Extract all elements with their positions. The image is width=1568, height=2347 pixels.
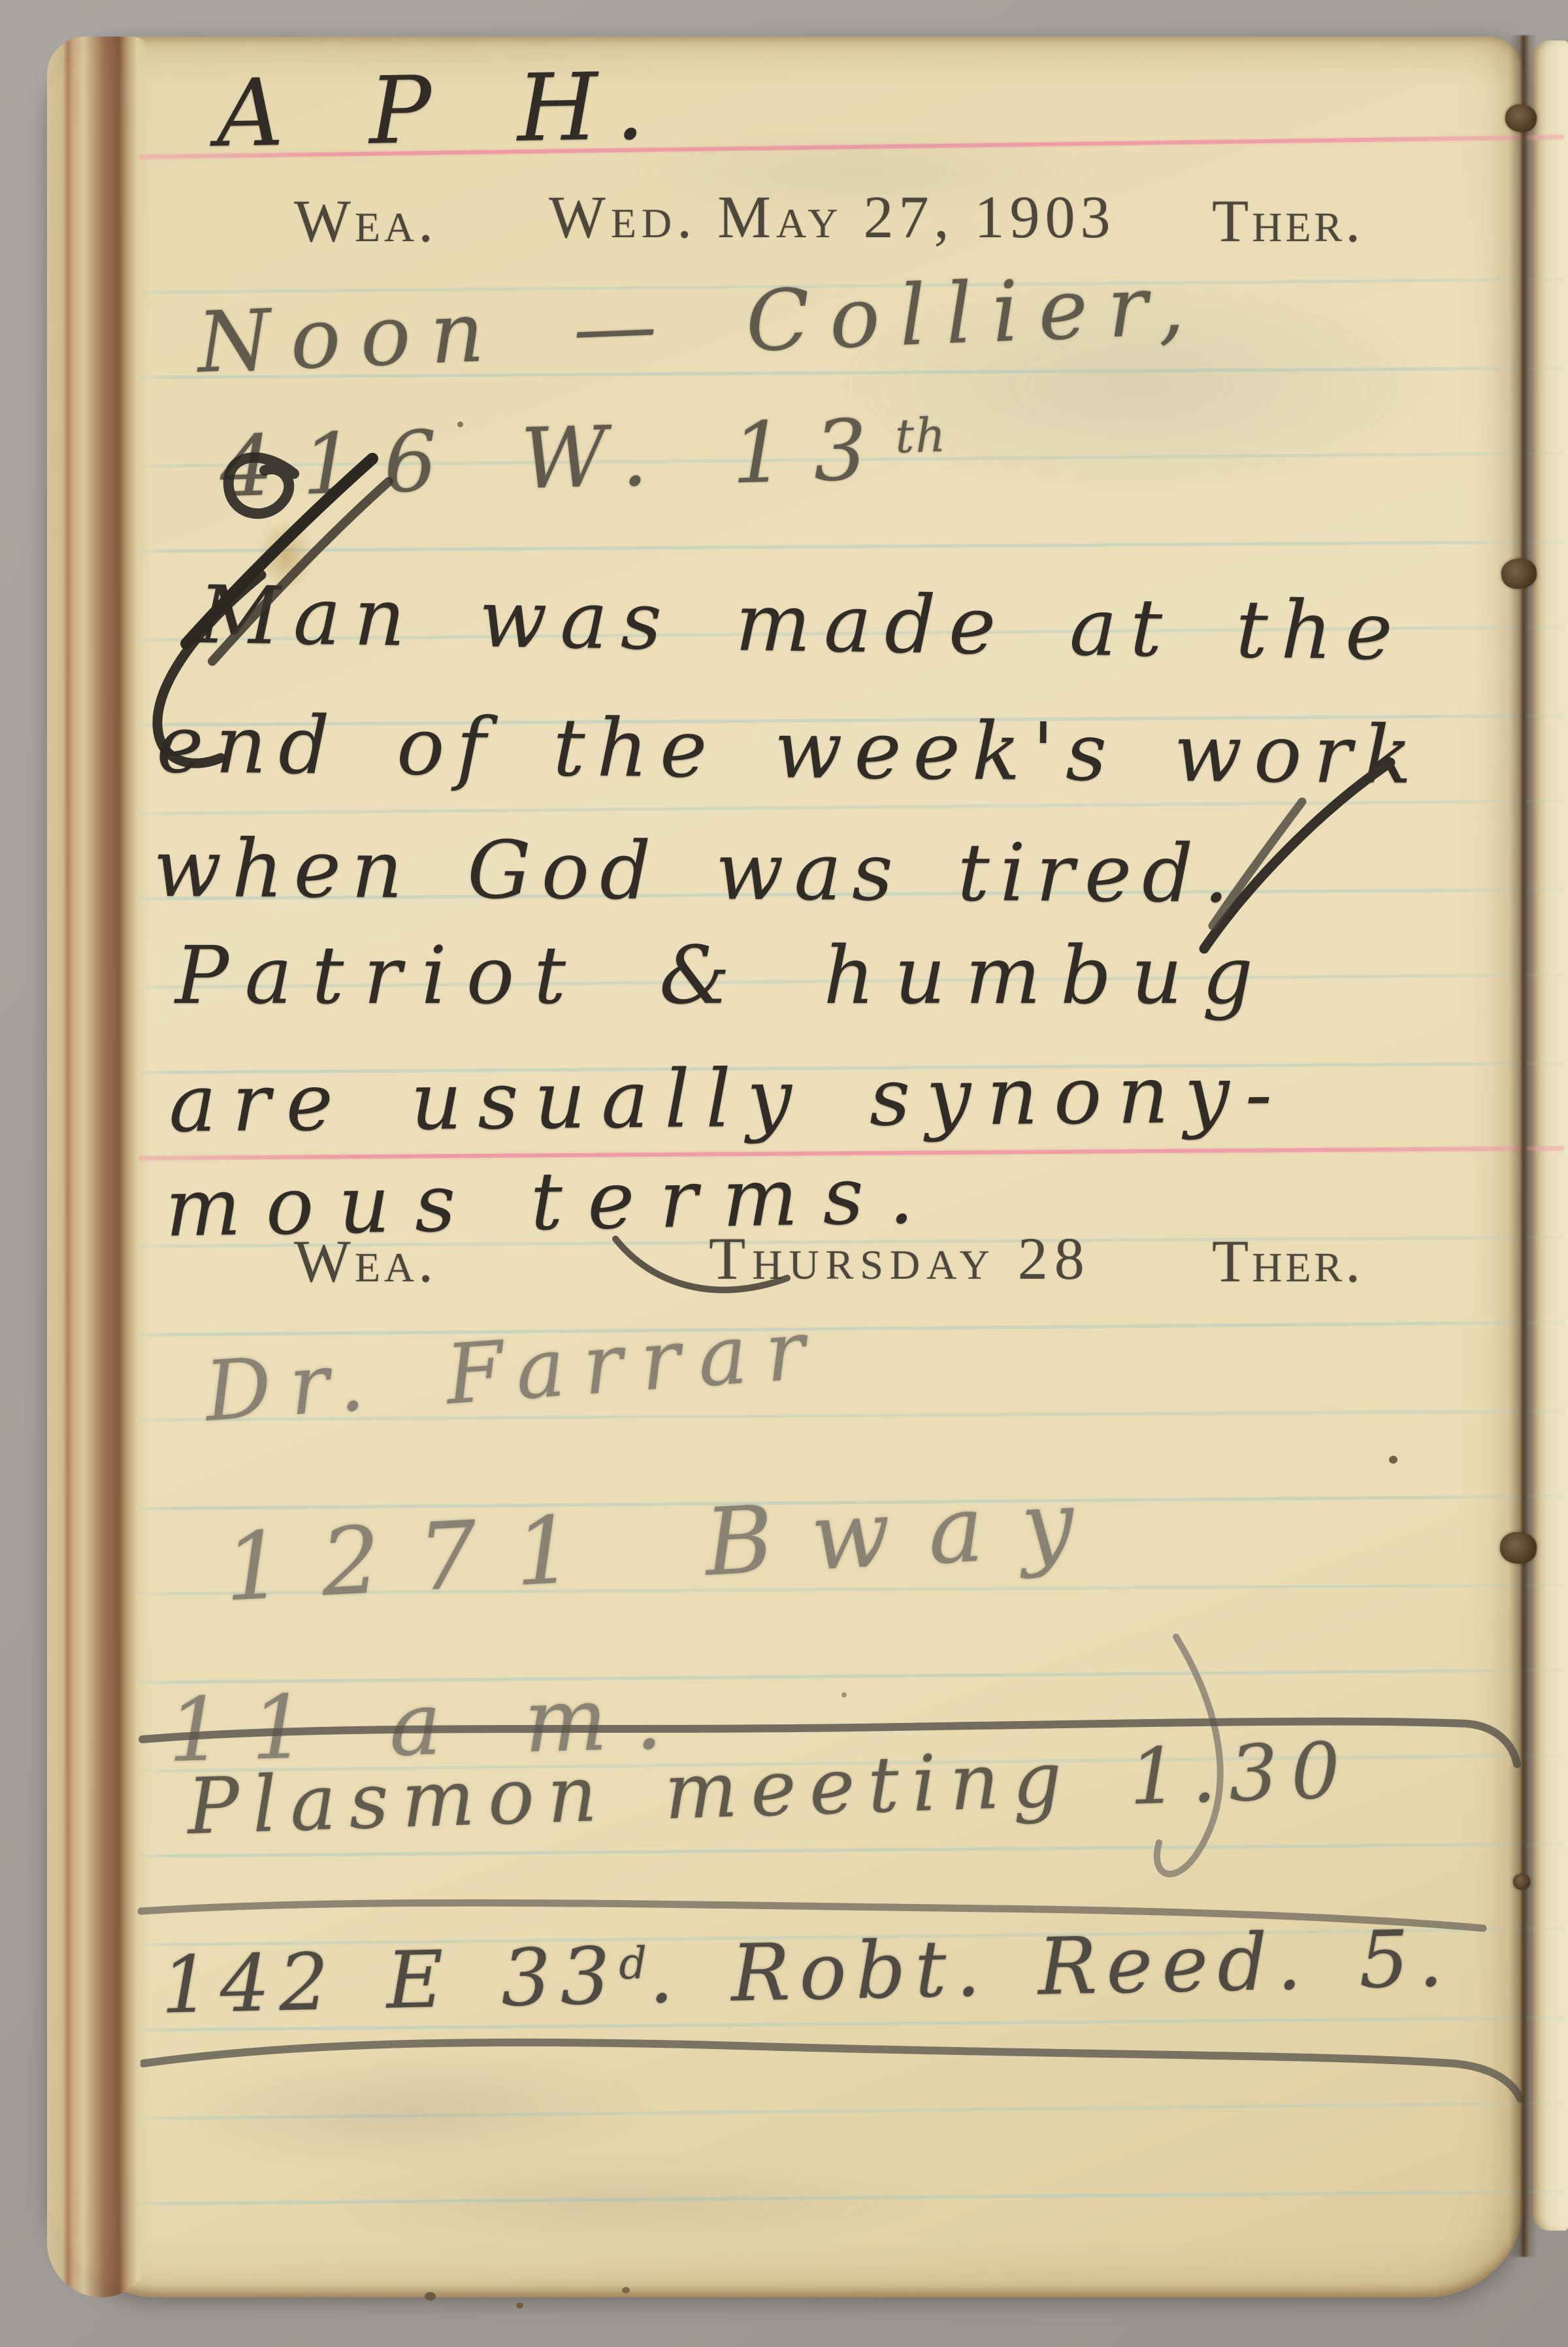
pencil-rule-2 (137, 1885, 1526, 1950)
entry-address-416-ordinal: th (894, 407, 947, 463)
paper-speck (841, 1692, 847, 1698)
binding-gutter (1509, 35, 1537, 2257)
paper-speck (457, 421, 463, 427)
owner-initials: A P H. (216, 60, 662, 161)
pencil-rule-1 (137, 1699, 1532, 1774)
debris-crumb (425, 2292, 436, 2301)
quote-patriot-line3: mous terms. (165, 1155, 939, 1248)
stitch-knot (1513, 1874, 1530, 1890)
paragraph-mark (1194, 753, 1403, 968)
terms-tail-stroke (608, 1227, 797, 1325)
page-stack-edges (47, 37, 150, 2297)
debris-crumb (516, 2303, 523, 2308)
notebook-scan: Wea. Wed. May 27, 1903 Ther. Wea. Thursd… (0, 0, 1568, 2347)
thermometer-column-label-thu: Ther. (1212, 1231, 1364, 1291)
thermometer-column-label-wed: Ther. (1212, 191, 1364, 251)
quote-patriot-line1: Patriot & humbug (175, 936, 1273, 1015)
quote-patriot-line2: are usually synony- (169, 1054, 1288, 1143)
debris-crumb (622, 2287, 630, 2293)
date-header-wed: Wed. May 27, 1903 (549, 187, 1116, 247)
paper-speck (1389, 1456, 1397, 1464)
weather-column-label-wed: Wea. (294, 191, 437, 251)
ink-check-flourish (98, 418, 405, 784)
quote-man-line3: when God was tired. (153, 829, 1239, 914)
pencil-rule-3 (140, 2026, 1535, 2114)
